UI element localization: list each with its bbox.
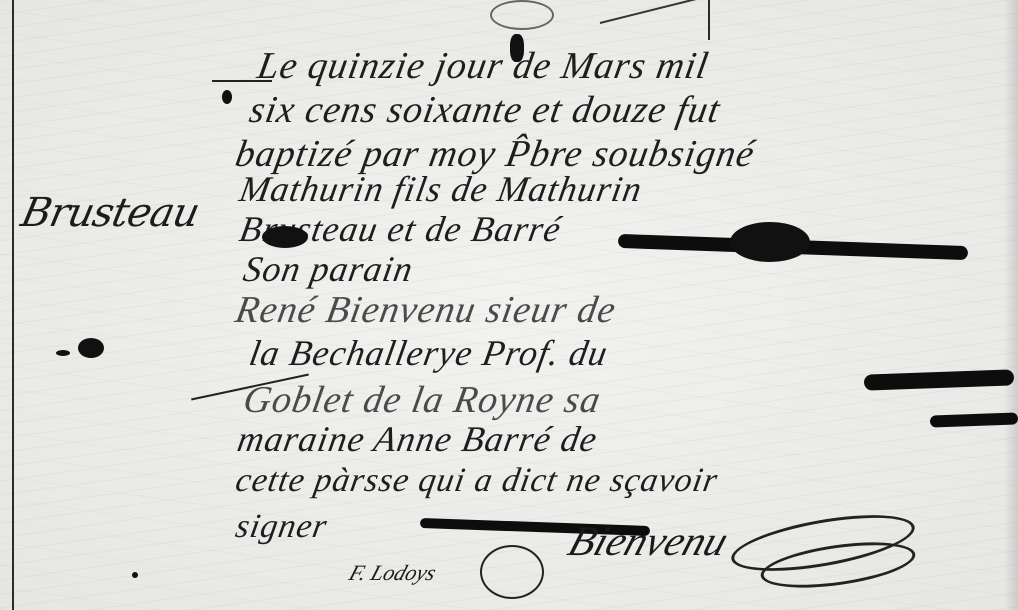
signature-lodoys: F. Lodoys: [346, 560, 440, 586]
register-line-9: Goblet de la Royne sa: [240, 378, 604, 422]
register-line-7: René Bienvenu sieur de: [232, 288, 619, 332]
top-slash-stroke: [600, 0, 765, 24]
signature-bienvenu: Bienvenu: [562, 518, 734, 566]
ink-blot-icon: [730, 222, 810, 262]
register-line-12: signer: [233, 508, 331, 546]
ink-dot-icon: [222, 90, 232, 104]
register-line-8: la Bechallerye Prof. du: [246, 332, 611, 374]
register-line-6: Son parain: [240, 248, 416, 290]
register-line-1: Le quinzie jour de Mars mil: [254, 44, 712, 88]
top-loop-stroke: [490, 0, 554, 30]
ink-blot-icon: [78, 338, 104, 358]
register-page: Brusteau Le quinzie jour de Mars mil six…: [0, 0, 1018, 610]
register-line-4: Mathurin fils de Mathurin: [236, 168, 645, 210]
margin-rule: [12, 0, 14, 610]
signature-flourish: [480, 545, 544, 599]
ink-blot-icon: [262, 226, 308, 248]
ink-blot-icon: [56, 350, 70, 356]
ink-strikethrough: [864, 369, 1014, 390]
page-edge-shadow: [1004, 0, 1018, 610]
register-line-10: maraine Anne Barré de: [234, 418, 601, 460]
margin-note-surname: Brusteau: [17, 190, 203, 236]
ink-dot-icon: [132, 572, 138, 578]
top-vertical-rule: [708, 0, 710, 40]
register-line-11: cette pàrsse qui a dict ne sçavoir: [233, 462, 721, 500]
register-line-2: six cens soixante et douze fut: [246, 88, 724, 132]
